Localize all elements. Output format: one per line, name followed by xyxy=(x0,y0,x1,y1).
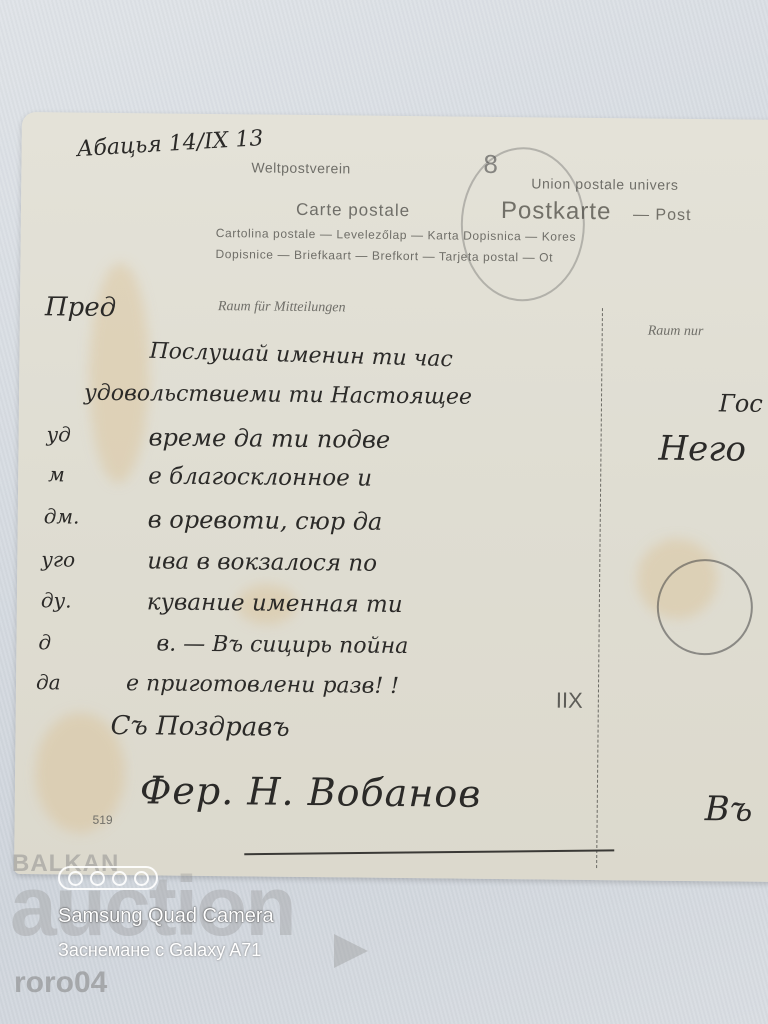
message-line: е приготовлени разв! ! xyxy=(126,671,399,699)
margin-word: д xyxy=(38,630,51,654)
address-line: Въ xyxy=(705,789,753,829)
card-number: 519 xyxy=(93,813,113,827)
camera-model-label: Samsung Quad Camera xyxy=(58,905,274,928)
top-postmark: 8 xyxy=(460,147,586,302)
margin-word: уд xyxy=(47,422,72,446)
message-line: ива в вокзалося по xyxy=(147,548,377,576)
printed-weltpostverein: Weltpostverein xyxy=(251,159,351,176)
message-line: кувание именная ти xyxy=(147,589,403,618)
watermark-play-arrow-icon xyxy=(334,934,368,968)
lens-icon xyxy=(90,871,105,886)
message-line: време да ти подве xyxy=(148,423,390,454)
message-line: в оревоти, сюр да xyxy=(148,505,383,535)
printed-message-area-label: Raum für Mitteilungen xyxy=(218,299,346,316)
camera-device-label: Заснемане с Galaxy A71 xyxy=(58,940,261,961)
right-postmark xyxy=(656,559,753,656)
message-line: е благосклонное и xyxy=(148,463,372,491)
quad-camera-icon xyxy=(58,866,158,890)
signature-underline xyxy=(244,849,614,855)
message-line: Послушай именин ти час xyxy=(149,339,453,372)
lens-icon xyxy=(68,871,83,886)
postkarte-suffix: — Post xyxy=(633,206,692,224)
address-line: Него xyxy=(658,429,746,470)
address-line: Гос xyxy=(719,389,763,417)
handwritten-date: Абацья 14/IX 13 xyxy=(76,126,264,162)
margin-word: Пред xyxy=(45,292,116,323)
closing-greeting: Съ Поздравъ xyxy=(110,711,289,743)
printed-address-area-label: Raum nur xyxy=(648,324,704,341)
middle-postmark-text: IIX xyxy=(556,688,583,714)
printed-carte-postale: Carte postale xyxy=(296,200,410,221)
margin-word: м xyxy=(48,462,65,486)
signature: Фер. Н. Вобанов xyxy=(140,768,482,816)
postmark-text: 8 xyxy=(483,149,498,180)
postcard: Weltpostverein Union postale univers Car… xyxy=(14,112,768,882)
divider-line xyxy=(596,308,603,868)
margin-word: ду. xyxy=(41,588,72,612)
lens-icon xyxy=(134,871,149,886)
margin-word: да xyxy=(36,670,61,694)
message-line: в. — Въ сицирь пойна xyxy=(156,631,408,659)
lens-icon xyxy=(112,871,127,886)
margin-word: дм. xyxy=(44,504,80,528)
watermark-username: roro04 xyxy=(14,966,107,1000)
margin-word: уго xyxy=(41,547,75,571)
message-line: удовольствиеми ти Настоящее xyxy=(84,381,472,410)
